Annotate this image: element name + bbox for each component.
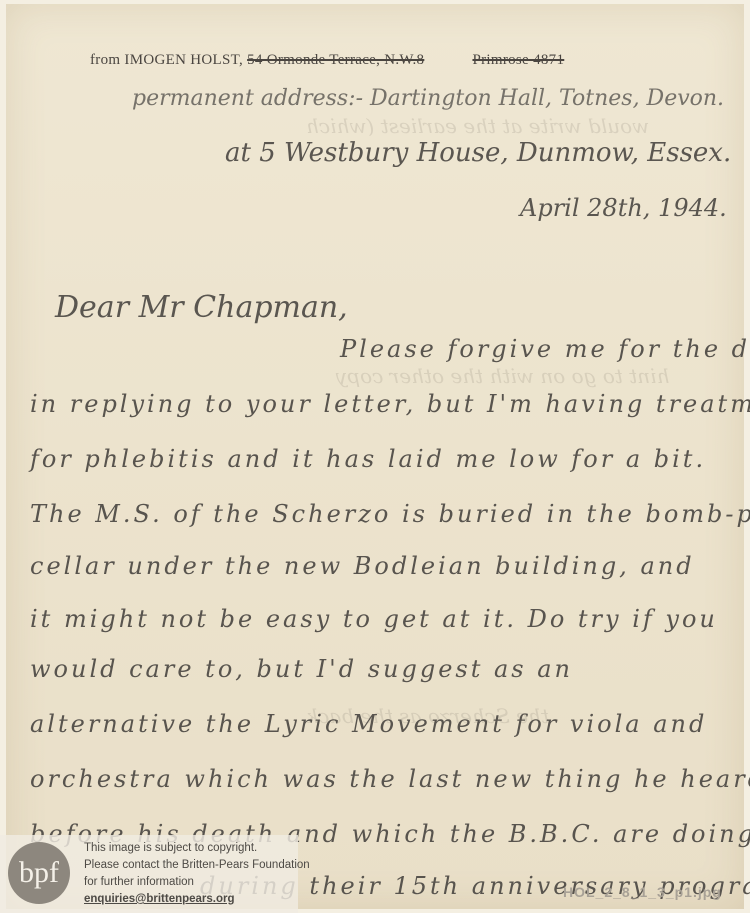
bpf-logo: bpf — [8, 842, 70, 904]
salutation: Dear Mr Chapman, — [55, 290, 348, 325]
letterhead-from: from IMOGEN HOLST, — [90, 52, 243, 68]
letter-date: April 28th, 1944. — [520, 194, 727, 222]
permanent-address: permanent address:- Dartington Hall, Tot… — [132, 86, 724, 111]
letterhead-struck-phone: Primrose 4871 — [472, 52, 564, 68]
current-address: at 5 Westbury House, Dunmow, Essex. — [225, 138, 731, 168]
body-line: it might not be easy to get at it. Do tr… — [30, 605, 718, 633]
copyright-notice-text: This image is subject to copyright. Plea… — [84, 840, 310, 908]
notice-line-2: Please contact the Britten-Pears Foundat… — [84, 857, 310, 874]
show-through-text: would write at the earliest (which — [306, 114, 649, 138]
body-line: would care to, but I'd suggest as an — [30, 655, 573, 683]
contact-email-link[interactable]: enquiries@brittenpears.org — [84, 891, 310, 908]
body-line: Please forgive me for the delay — [340, 335, 750, 363]
body-line: The M.S. of the Scherzo is buried in the… — [30, 500, 750, 528]
body-line: for phlebitis and it has laid me low for… — [30, 445, 706, 473]
image-filename-watermark: HOL_2_8_1_3_p1.jpg — [563, 884, 722, 900]
body-line: orchestra which was the last new thing h… — [30, 765, 750, 793]
notice-line-1: This image is subject to copyright. — [84, 840, 310, 857]
show-through-text: hint to go on with the other copy — [336, 364, 669, 388]
body-line: alternative the Lyric Movement for viola… — [30, 710, 707, 738]
body-line: in replying to your letter, but I'm havi… — [30, 390, 750, 418]
notice-line-3: for further information — [84, 874, 310, 891]
letterhead: from IMOGEN HOLST, 54 Ormonde Terrace, N… — [90, 52, 564, 69]
body-line: cellar under the new Bodleian building, … — [30, 552, 695, 580]
letterhead-struck-address: 54 Ormonde Terrace, N.W.8 — [247, 52, 424, 68]
